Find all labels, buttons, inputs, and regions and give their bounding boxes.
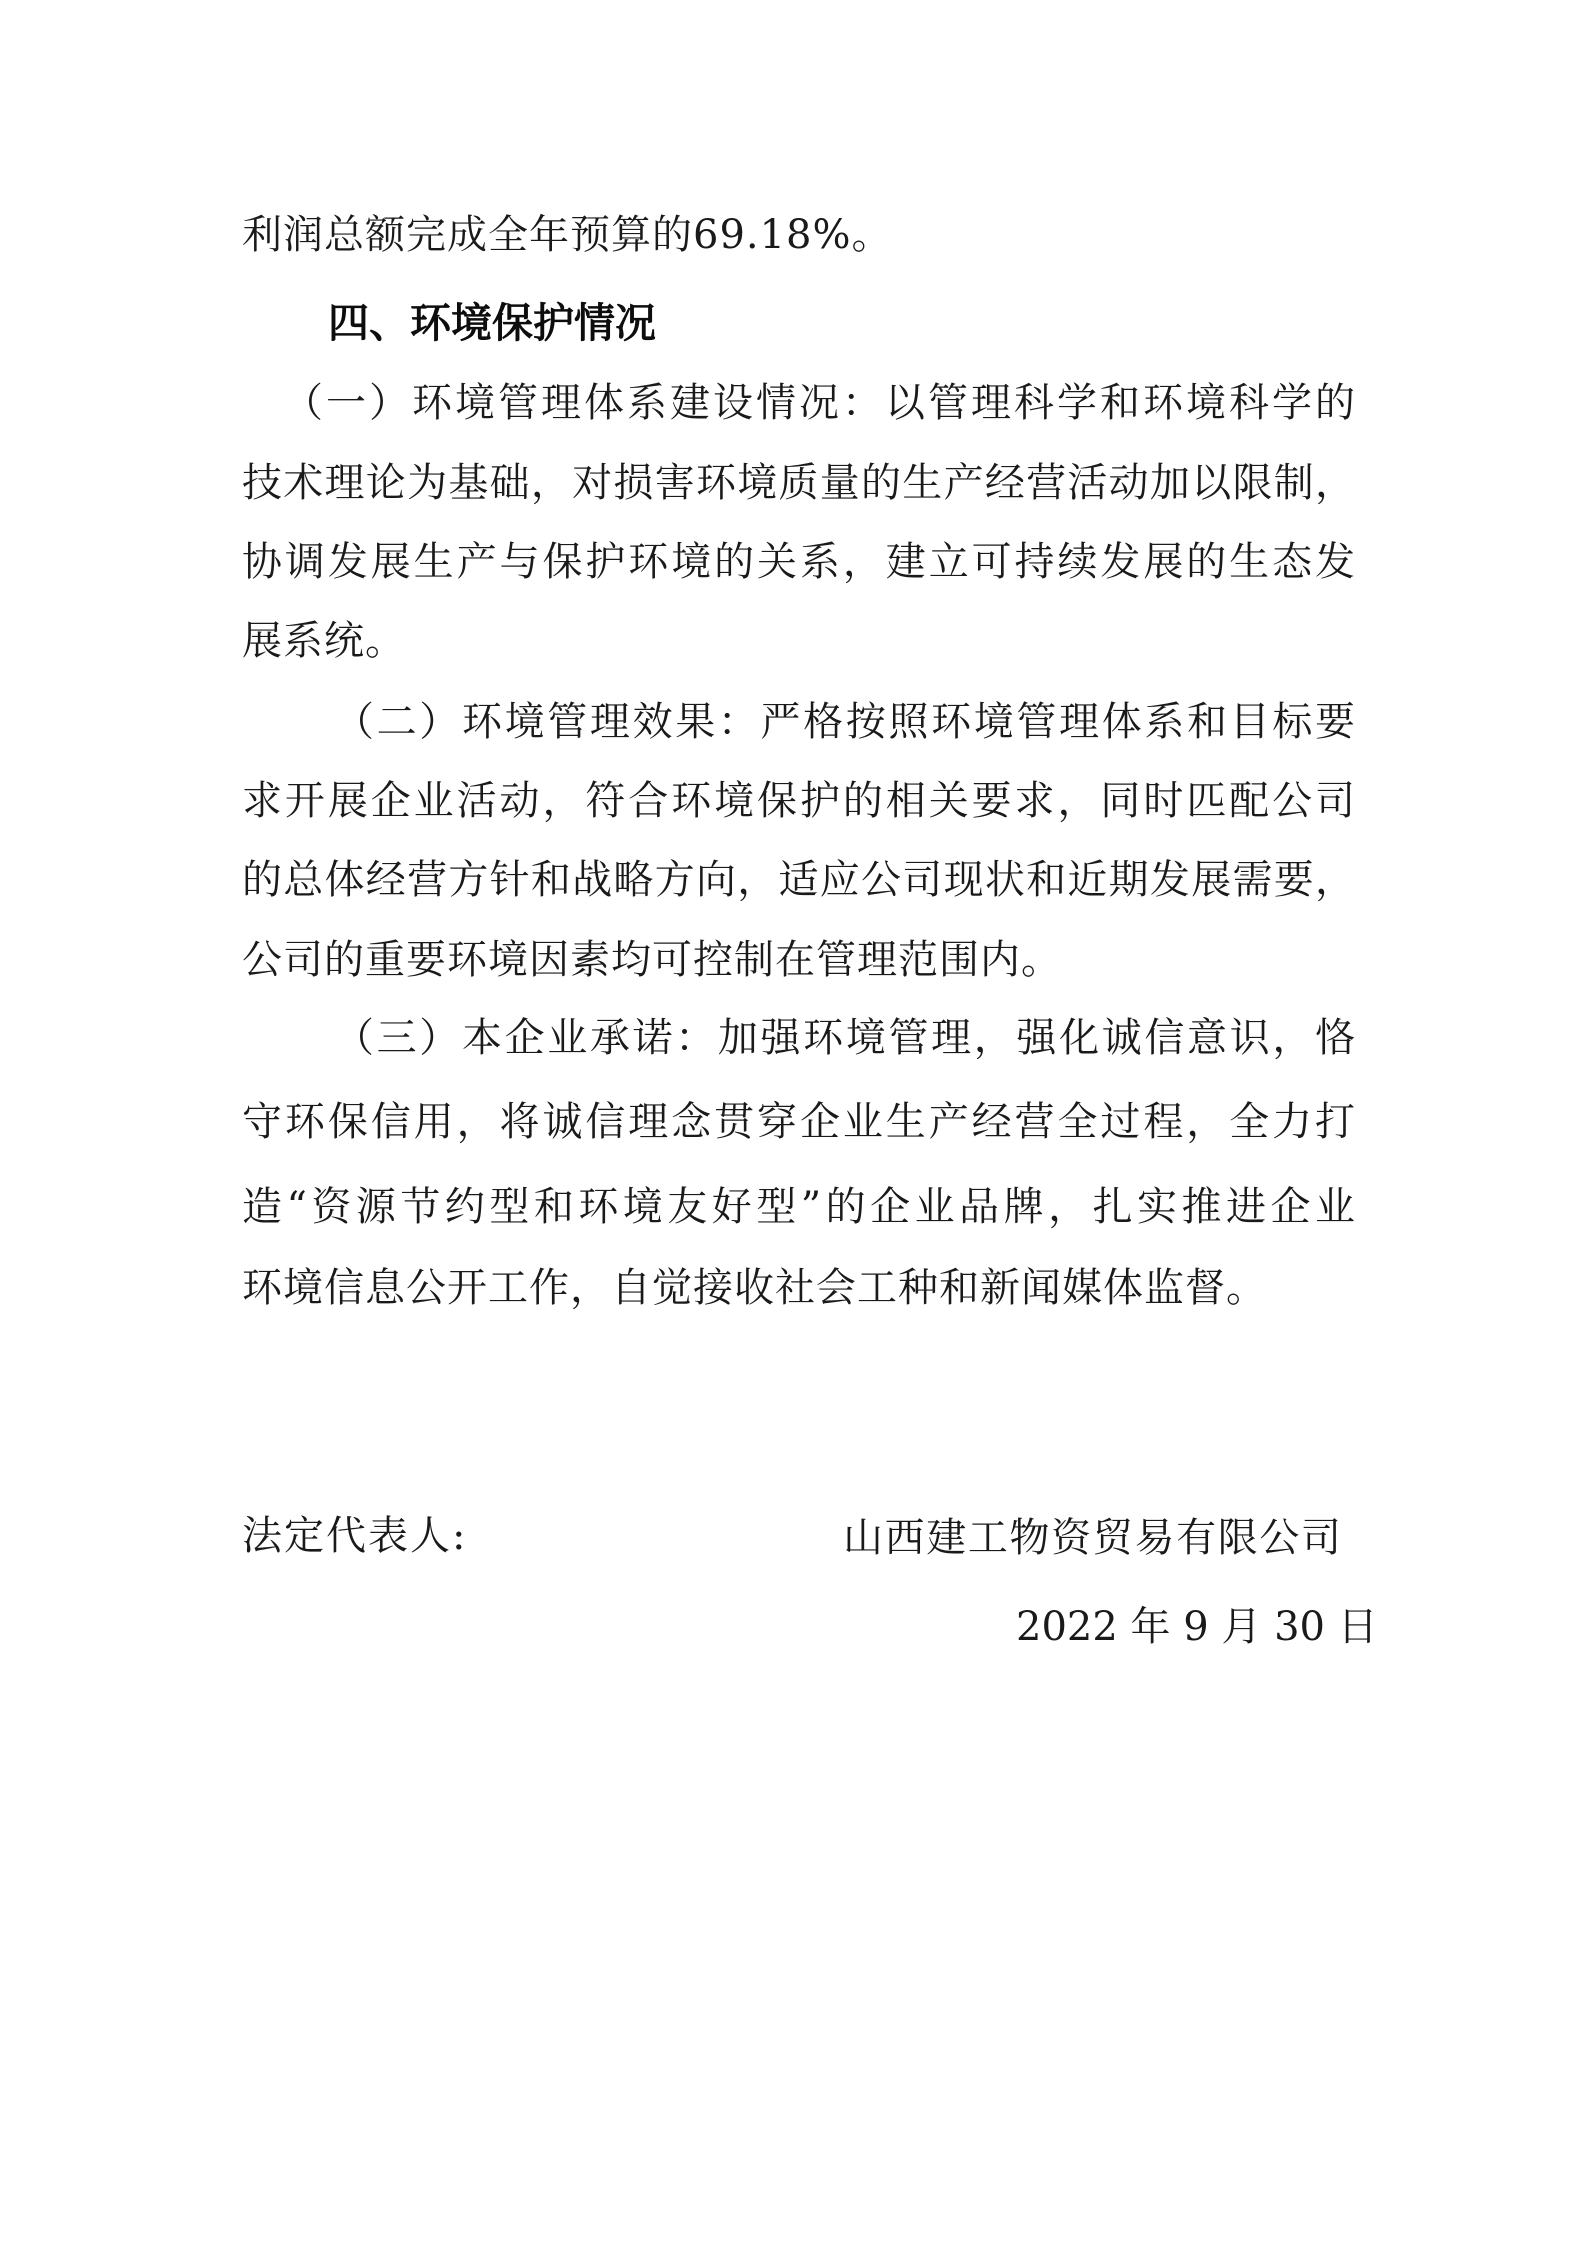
document-page: 利润总额完成全年预算的69.18%。 四、环境保护情况 （一）环境管理体系建设情… xyxy=(0,0,1587,2245)
paragraph-line: 协调发展生产与保护环境的关系，建立可持续发展的生态发 xyxy=(242,538,1355,586)
signature-date: 2022 年 9 月 30 日 xyxy=(1016,1603,1336,1651)
paragraph-line: （二）环境管理效果：严格按照环境管理体系和目标要 xyxy=(334,698,1355,746)
intro-line: 利润总额完成全年预算的69.18%。 xyxy=(242,211,893,259)
paragraph-line: 技术理论为基础，对损害环境质量的生产经营活动加以限制， xyxy=(242,459,1355,507)
paragraph-line: 公司的重要环境因素均可控制在管理范围内。 xyxy=(242,936,1062,984)
section-heading: 四、环境保护情况 xyxy=(328,297,656,349)
paragraph-line: （三）本企业承诺：加强环境管理，强化诚信意识，恪 xyxy=(334,1014,1355,1062)
paragraph-line: 求开展企业活动，符合环境保护的相关要求，同时匹配公司 xyxy=(242,777,1355,825)
paragraph-line: （一）环境管理体系建设情况：以管理科学和环境科学的 xyxy=(283,379,1355,427)
legal-representative-label: 法定代表人: xyxy=(242,1512,467,1560)
paragraph-line: 造“资源节约型和环境友好型”的企业品牌，扎实推进企业 xyxy=(242,1183,1355,1231)
paragraph-line: 的总体经营方针和战略方向，适应公司现状和近期发展需要， xyxy=(242,856,1355,904)
paragraph-line: 守环保信用，将诚信理念贯穿企业生产经营全过程，全力打 xyxy=(242,1098,1355,1146)
paragraph-line: 环境信息公开工作，自觉接收社会工种和新闻媒体监督。 xyxy=(242,1264,1267,1312)
paragraph-line: 展系统。 xyxy=(242,617,406,665)
company-name: 山西建工物资贸易有限公司 xyxy=(843,1514,1341,1562)
